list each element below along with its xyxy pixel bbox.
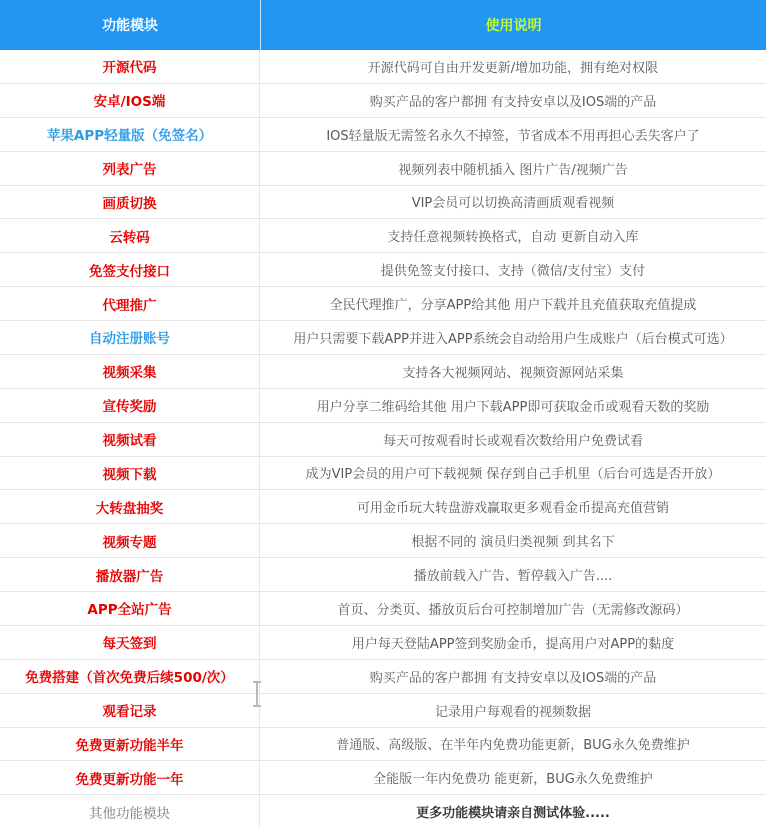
- table-row: 免费搭建（首次免费后续500/次） 购买产品的客户都拥 有支持安卓以及IOS端的…: [0, 660, 766, 694]
- table-row: 播放器广告 播放前载入广告、暂停载入广告....: [0, 558, 766, 592]
- description-cell: 用户每天登陆APP签到奖励金币，提高用户对APP的黏度: [260, 626, 766, 659]
- description-cell: 普通版、高级版、在半年内免费功能更新，BUG永久免费维护: [260, 728, 766, 761]
- description-cell: 用户分享二维码给其他 用户下载APP即可获取金币或观看天数的奖励: [260, 389, 766, 422]
- module-cell: 开源代码: [0, 50, 260, 83]
- description-cell: 购买产品的客户都拥 有支持安卓以及IOS端的产品: [260, 84, 766, 117]
- description-cell: 更多功能模块请亲自测试体验.....: [260, 795, 766, 828]
- page: 功能模块 使用说明 开源代码 开源代码可自由开发更新/增加功能，拥有绝对权限 安…: [0, 0, 766, 828]
- description-cell: 提供免签支付接口、支持（微信/支付宝）支付: [260, 253, 766, 286]
- table-row: 免费更新功能一年 全能版一年内免费功 能更新，BUG永久免费维护: [0, 761, 766, 795]
- table-row: 大转盘抽奖 可用金币玩大转盘游戏赢取更多观看金币提高充值营销: [0, 490, 766, 524]
- module-cell: 苹果APP轻量版（免签名）: [0, 118, 260, 151]
- module-cell: 视频下载: [0, 457, 260, 490]
- description-cell: 视频列表中随机插入 图片广告/视频广告: [260, 152, 766, 185]
- description-cell: 全能版一年内免费功 能更新，BUG永久免费维护: [260, 761, 766, 794]
- description-cell: 每天可按观看时长或观看次数给用户免费试看: [260, 423, 766, 456]
- table-row: 其他功能模块 更多功能模块请亲自测试体验.....: [0, 795, 766, 828]
- module-cell: 云转码: [0, 219, 260, 252]
- description-cell: 记录用户每观看的视频数据: [260, 694, 766, 727]
- table-row: 视频专题 根据不同的 演员归类视频 到其名下: [0, 524, 766, 558]
- feature-table: 功能模块 使用说明 开源代码 开源代码可自由开发更新/增加功能，拥有绝对权限 安…: [0, 0, 766, 828]
- description-cell: 播放前载入广告、暂停载入广告....: [260, 558, 766, 591]
- module-cell: 免费更新功能一年: [0, 761, 260, 794]
- module-cell: 大转盘抽奖: [0, 490, 260, 523]
- description-cell: 可用金币玩大转盘游戏赢取更多观看金币提高充值营销: [260, 490, 766, 523]
- table-row: 列表广告 视频列表中随机插入 图片广告/视频广告: [0, 152, 766, 186]
- table-row: 视频下载 成为VIP会员的用户可下载视频 保存到自己手机里（后台可选是否开放）: [0, 457, 766, 491]
- module-cell: 观看记录: [0, 694, 260, 727]
- table-row: 代理推广 全民代理推广，分享APP给其他 用户下载并且充值获取充值提成: [0, 287, 766, 321]
- header-cell-module: 功能模块: [0, 0, 261, 50]
- description-cell: IOS轻量版无需签名永久不掉签，节省成本不用再担心丢失客户了: [260, 118, 766, 151]
- module-cell: 视频专题: [0, 524, 260, 557]
- table-row: 每天签到 用户每天登陆APP签到奖励金币，提高用户对APP的黏度: [0, 626, 766, 660]
- description-cell: 购买产品的客户都拥 有支持安卓以及IOS端的产品: [260, 660, 766, 693]
- module-cell: 视频采集: [0, 355, 260, 388]
- module-cell: 安卓/IOS端: [0, 84, 260, 117]
- table-row: 视频试看 每天可按观看时长或观看次数给用户免费试看: [0, 423, 766, 457]
- description-cell: 开源代码可自由开发更新/增加功能，拥有绝对权限: [260, 50, 766, 83]
- module-cell: 免费搭建（首次免费后续500/次）: [0, 660, 260, 693]
- module-cell: 每天签到: [0, 626, 260, 659]
- description-cell: 支持任意视频转换格式，自动 更新自动入库: [260, 219, 766, 252]
- module-cell: 免费更新功能半年: [0, 728, 260, 761]
- module-cell: 画质切换: [0, 186, 260, 219]
- table-row: 视频采集 支持各大视频网站、视频资源网站采集: [0, 355, 766, 389]
- table-row: 自动注册账号 用户只需要下载APP并进入APP系统会自动给用户生成账户（后台模式…: [0, 321, 766, 355]
- table-row: 苹果APP轻量版（免签名） IOS轻量版无需签名永久不掉签，节省成本不用再担心丢…: [0, 118, 766, 152]
- description-cell: 根据不同的 演员归类视频 到其名下: [260, 524, 766, 557]
- module-cell: 免签支付接口: [0, 253, 260, 286]
- description-cell: 首页、分类页、播放页后台可控制增加广告（无需修改源码）: [260, 592, 766, 625]
- module-cell: 自动注册账号: [0, 321, 260, 354]
- module-cell: 代理推广: [0, 287, 260, 320]
- description-cell: 成为VIP会员的用户可下载视频 保存到自己手机里（后台可选是否开放）: [260, 457, 766, 490]
- table-row: 云转码 支持任意视频转换格式，自动 更新自动入库: [0, 219, 766, 253]
- table-row: 免费更新功能半年 普通版、高级版、在半年内免费功能更新，BUG永久免费维护: [0, 728, 766, 762]
- description-cell: 支持各大视频网站、视频资源网站采集: [260, 355, 766, 388]
- table-row: APP全站广告 首页、分类页、播放页后台可控制增加广告（无需修改源码）: [0, 592, 766, 626]
- table-row: 观看记录 记录用户每观看的视频数据: [0, 694, 766, 728]
- table-row: 宣传奖励 用户分享二维码给其他 用户下载APP即可获取金币或观看天数的奖励: [0, 389, 766, 423]
- table-row: 开源代码 开源代码可自由开发更新/增加功能，拥有绝对权限: [0, 50, 766, 84]
- table-row: 免签支付接口 提供免签支付接口、支持（微信/支付宝）支付: [0, 253, 766, 287]
- module-cell: 宣传奖励: [0, 389, 260, 422]
- module-cell: 其他功能模块: [0, 795, 260, 828]
- description-cell: VIP会员可以切换高清画质观看视频: [260, 186, 766, 219]
- module-cell: APP全站广告: [0, 592, 260, 625]
- module-cell: 列表广告: [0, 152, 260, 185]
- table-header-row: 功能模块 使用说明: [0, 0, 766, 50]
- header-cell-description: 使用说明: [261, 0, 766, 50]
- table-body: 开源代码 开源代码可自由开发更新/增加功能，拥有绝对权限 安卓/IOS端 购买产…: [0, 50, 766, 828]
- table-row: 画质切换 VIP会员可以切换高清画质观看视频: [0, 186, 766, 220]
- description-cell: 全民代理推广，分享APP给其他 用户下载并且充值获取充值提成: [260, 287, 766, 320]
- description-cell: 用户只需要下载APP并进入APP系统会自动给用户生成账户（后台模式可选）: [260, 321, 766, 354]
- module-cell: 播放器广告: [0, 558, 260, 591]
- table-row: 安卓/IOS端 购买产品的客户都拥 有支持安卓以及IOS端的产品: [0, 84, 766, 118]
- module-cell: 视频试看: [0, 423, 260, 456]
